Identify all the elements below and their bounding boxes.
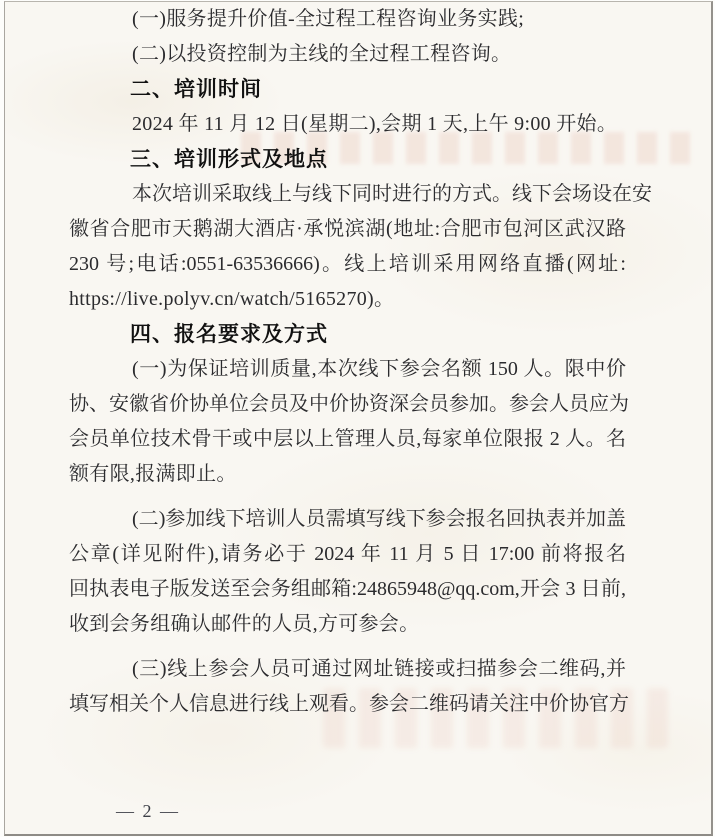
- document-line: 收到会务组确认邮件的人员,方可参会。: [69, 607, 626, 642]
- document-line: (二)以投资控制为主线的全过程工程咨询。: [69, 37, 626, 72]
- document-line: (一)为保证培训质量,本次线下参会名额 150 人。限中价: [69, 352, 626, 387]
- document-line: 回执表电子版发送至会务组邮箱:24865948@qq.com,开会 3 日前,: [69, 572, 626, 607]
- page-number: — 2 —: [116, 801, 180, 822]
- scan-page: (一)服务提升价值-全过程工程咨询业务实践;(二)以投资控制为主线的全过程工程咨…: [0, 0, 715, 837]
- section-heading: 四、报名要求及方式: [69, 317, 626, 352]
- section-heading: 三、培训形式及地点: [69, 142, 626, 177]
- document-line: https://live.polyv.cn/watch/5165270)。: [69, 282, 626, 317]
- document-line: 公章(详见附件),请务必于 2024 年 11 月 5 日 17:00 前将报名: [69, 537, 626, 572]
- document-line: 额有限,报满即止。: [69, 457, 626, 492]
- document-line: 会员单位技术骨干或中层以上管理人员,每家单位限报 2 人。名: [69, 422, 626, 457]
- document-line: 协、安徽省价协单位会员及中价协资深会员参加。参会人员应为: [69, 387, 626, 422]
- section-heading: 二、培训时间: [69, 72, 626, 107]
- document-line: (三)线上参会人员可通过网址链接或扫描参会二维码,并: [69, 652, 626, 687]
- document-line: (一)服务提升价值-全过程工程咨询业务实践;: [69, 2, 626, 37]
- paper: (一)服务提升价值-全过程工程咨询业务实践;(二)以投资控制为主线的全过程工程咨…: [4, 1, 713, 836]
- document-body: (一)服务提升价值-全过程工程咨询业务实践;(二)以投资控制为主线的全过程工程咨…: [69, 2, 626, 722]
- document-line: 230 号;电话:0551-63536666)。线上培训采用网络直播(网址:: [69, 247, 626, 282]
- document-line: 2024 年 11 月 12 日(星期二),会期 1 天,上午 9:00 开始。: [69, 107, 626, 142]
- document-line: 本次培训采取线上与线下同时进行的方式。线下会场设在安: [69, 177, 626, 212]
- document-line: 填写相关个人信息进行线上观看。参会二维码请关注中价协官方: [69, 687, 626, 722]
- document-line: (二)参加线下培训人员需填写线下参会报名回执表并加盖: [69, 502, 626, 537]
- document-line: 徽省合肥市天鹅湖大酒店·承悦滨湖(地址:合肥市包河区武汉路: [69, 212, 626, 247]
